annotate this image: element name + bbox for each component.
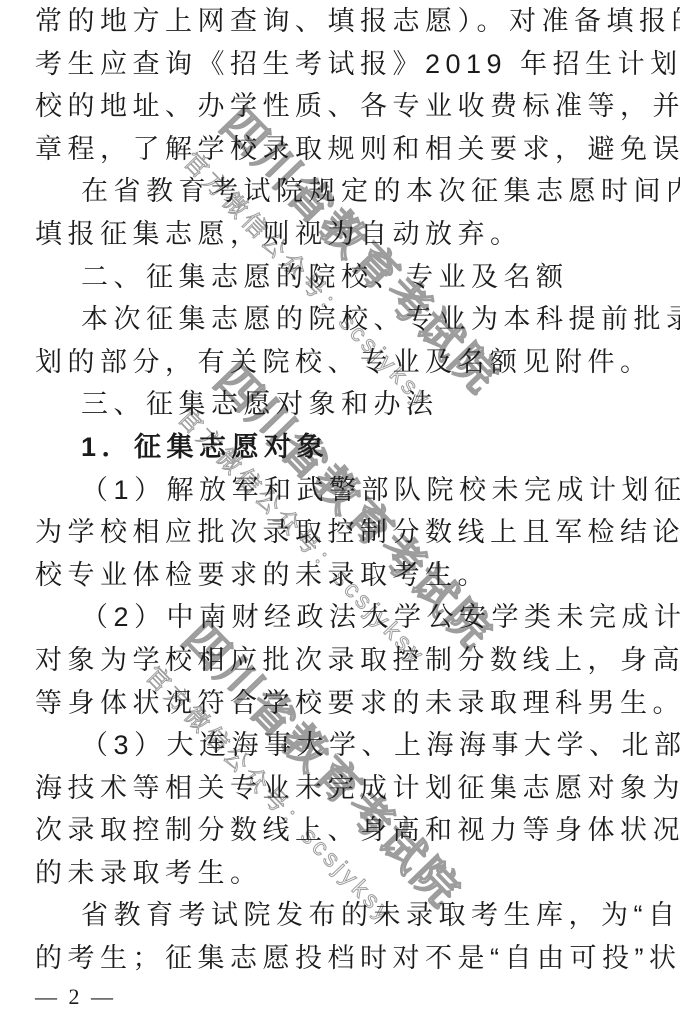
- text-line: 海技术等相关专业未完成计划征集志愿对象为学校相应批: [35, 767, 680, 810]
- text-line: 划的部分，有关院校、专业及名额见附件。: [35, 341, 680, 384]
- document-body: 常的地方上网查询、填报志愿）。对准备填报的学校及专业，考生应查询《招生考试报》2…: [35, 0, 680, 980]
- text-line: 填报征集志愿，则视为自动放弃。: [35, 213, 680, 256]
- text-line: 对象为学校相应批次录取控制分数线上，身高、体重、视力: [35, 639, 680, 682]
- text-line: 章程，了解学校录取规则和相关要求，避免误填。: [35, 128, 680, 171]
- text-line: 校的地址、办学性质、各专业收费标准等，并查询学校招生: [35, 85, 680, 128]
- text-line: 常的地方上网查询、填报志愿）。对准备填报的学校及专业，: [35, 0, 680, 43]
- text-line: 在省教育考试院规定的本次征集志愿时间内，考生若未: [35, 170, 680, 213]
- text-line: 二、征集志愿的院校、专业及名额: [35, 256, 680, 299]
- page-number: — 2 —: [35, 984, 116, 1010]
- text-line: 的未录取考生。: [35, 852, 680, 895]
- text-line: 三、征集志愿对象和办法: [35, 383, 680, 426]
- text-line: 为学校相应批次录取控制分数线上且军检结论符合所报学: [35, 511, 680, 554]
- text-line: （1）解放军和武警部队院校未完成计划征集志愿对象: [35, 469, 680, 512]
- text-line: 省教育考试院发布的未录取考生库，为“自由可投”状态: [35, 894, 680, 937]
- text-line: （3）大连海事大学、上海海事大学、北部湾大学的航: [35, 724, 680, 767]
- text-line: 的考生；征集志愿投档时对不是“自由可投”状态的考生即使: [35, 937, 680, 980]
- text-line: 考生应查询《招生考试报》2019 年招生计划合订本了解各学: [35, 43, 680, 86]
- text-line: 校专业体检要求的未录取考生。: [35, 554, 680, 597]
- text-line: （2）中南财经政法大学公安学类未完成计划征集志愿: [35, 596, 680, 639]
- text-line: 等身体状况符合学校要求的未录取理科男生。: [35, 682, 680, 725]
- text-line: 次录取控制分数线上、身高和视力等身体状况符合学校要求: [35, 809, 680, 852]
- document-page: 四川省教育考试院 官方微信公众号：scsjyksy 四川省教育考试院 官方微信公…: [0, 0, 680, 1016]
- text-line: 1．征集志愿对象: [35, 426, 680, 469]
- text-line: 本次征集志愿的院校、专业为本科提前批录取未完成计: [35, 298, 680, 341]
